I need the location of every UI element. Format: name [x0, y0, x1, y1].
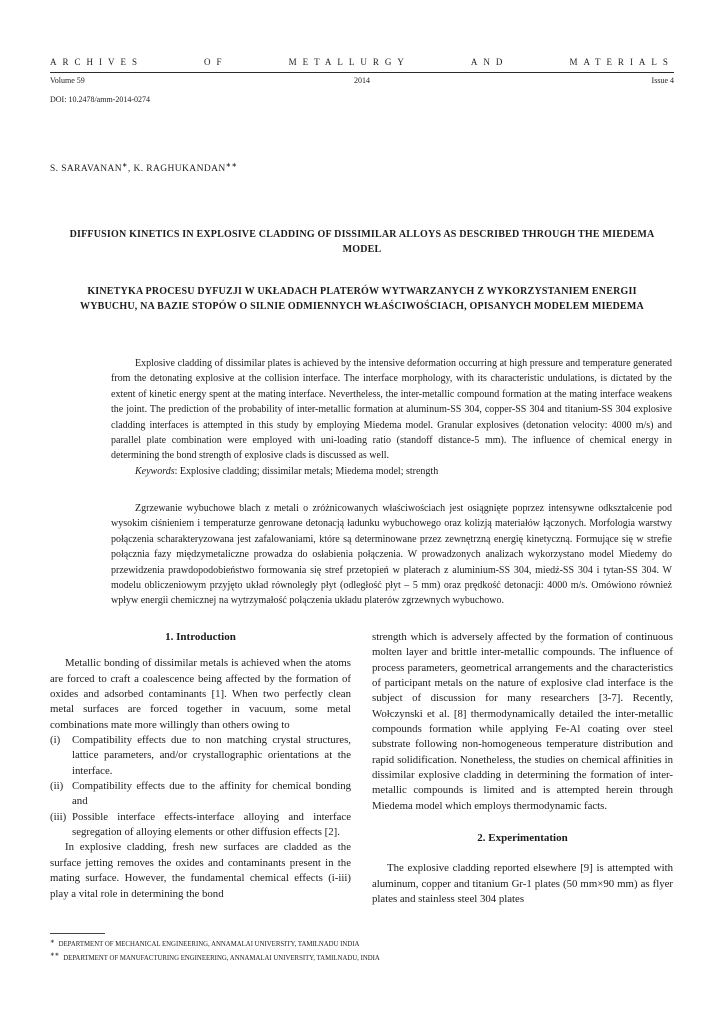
keywords-line: Keywords: Explosive cladding; dissimilar… [111, 464, 672, 479]
footnote-affiliation: ∗DEPARTMENT OF MECHANICAL ENGINEERING, A… [50, 938, 674, 952]
keywords-list: : Explosive cladding; dissimilar metals;… [175, 466, 439, 477]
list-item-text: Compatibility effects due to the affinit… [72, 780, 351, 807]
list-item-text: Compatibility effects due to non matchin… [72, 734, 351, 777]
author-name: K. RAGHUKANDAN [133, 164, 225, 174]
authors-line: S. SARAVANAN∗, K. RAGHUKANDAN∗∗ [50, 164, 237, 174]
journal-masthead: ARCHIVES OF METALLURGY AND MATERIALS [50, 57, 674, 67]
body-column-left: 1. Introduction Metallic bonding of diss… [50, 630, 351, 902]
volume-issue-row: Volume 59 2014 Issue 4 [50, 76, 674, 85]
paper-title-english: DIFFUSION KINETICS IN EXPLOSIVE CLADDING… [58, 227, 666, 257]
list-item-label: (iii) [50, 810, 72, 825]
footnote-marker: ∗ [50, 939, 55, 945]
list-item: (ii)Compatibility effects due to the aff… [50, 779, 351, 810]
list-item: (i)Compatibility effects due to non matc… [50, 733, 351, 779]
abstract-polish: Zgrzewanie wybuchowe blach z metali o zr… [111, 501, 672, 609]
doi-label: DOI: 10.2478/amm-2014-0274 [50, 95, 150, 104]
footnote-text: DEPARTMENT OF MANUFACTURING ENGINEERING,… [63, 955, 380, 962]
keywords-label: Keywords [135, 466, 175, 477]
issue-label: Issue 4 [370, 76, 674, 85]
section-heading-introduction: 1. Introduction [50, 630, 351, 645]
abstract-english-text: Explosive cladding of dissimilar plates … [111, 356, 672, 464]
abstract-english: Explosive cladding of dissimilar plates … [111, 356, 672, 479]
masthead-word: AND [471, 57, 509, 67]
list-item: (iii)Possible interface effects-interfac… [50, 810, 351, 841]
abstract-polish-text: Zgrzewanie wybuchowe blach z metali o zr… [111, 501, 672, 609]
masthead-word: METALLURGY [289, 57, 410, 67]
year-label: 2014 [354, 76, 370, 85]
paper-title-polish: KINETYKA PROCESU DYFUZJI W UKŁADACH PLAT… [58, 284, 666, 314]
paper-page: ARCHIVES OF METALLURGY AND MATERIALS Vol… [0, 0, 724, 1024]
masthead-word: ARCHIVES [50, 57, 143, 67]
section-heading-experimentation: 2. Experimentation [372, 831, 673, 846]
header-rule [50, 72, 674, 73]
masthead-word: OF [204, 57, 228, 67]
author-name: S. SARAVANAN [50, 164, 122, 174]
footnote-text: DEPARTMENT OF MECHANICAL ENGINEERING, AN… [59, 941, 360, 948]
volume-label: Volume 59 [50, 76, 354, 85]
list-item-text: Possible interface effects-interface all… [72, 811, 351, 838]
author-affiliation-marker: ∗∗ [226, 162, 238, 169]
list-item-label: (ii) [50, 779, 72, 794]
footnote-rule [50, 933, 105, 934]
masthead-word: MATERIALS [569, 57, 674, 67]
intro-paragraph-1: Metallic bonding of dissimilar metals is… [50, 656, 351, 733]
footnote-affiliation: ∗∗DEPARTMENT OF MANUFACTURING ENGINEERIN… [50, 952, 674, 966]
experimentation-paragraph-1: The explosive cladding reported elsewher… [372, 861, 673, 907]
intro-paragraph-3: strength which is adversely affected by … [372, 630, 673, 814]
footnotes: ∗DEPARTMENT OF MECHANICAL ENGINEERING, A… [50, 938, 674, 965]
list-item-label: (i) [50, 733, 72, 748]
intro-paragraph-2: In explosive cladding, fresh new surface… [50, 840, 351, 901]
body-column-right: strength which is adversely affected by … [372, 630, 673, 908]
footnote-marker: ∗∗ [50, 952, 59, 958]
